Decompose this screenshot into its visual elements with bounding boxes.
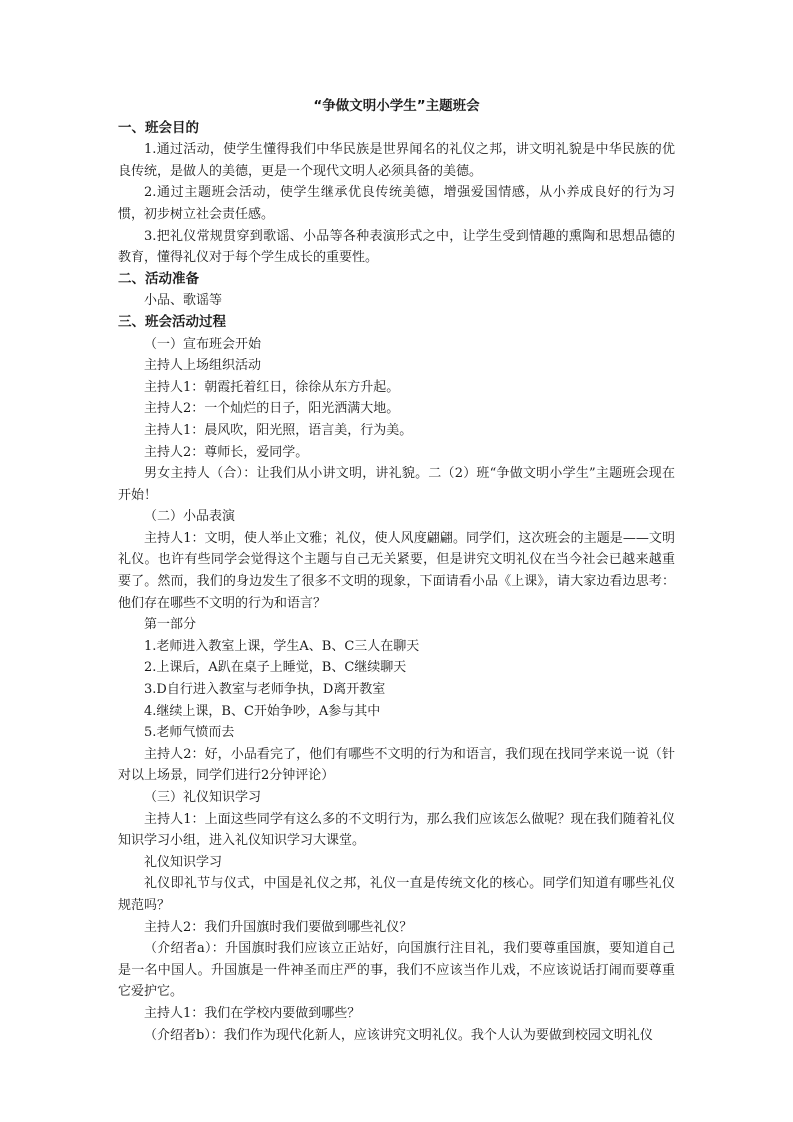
list-item: 5.老师气愤而去 bbox=[118, 722, 675, 744]
dialogue-line: （介绍者b）：我们作为现代化新人，应该讲究文明礼仪。我个人认为要做到校园文明礼仪 bbox=[118, 1025, 675, 1047]
paragraph: 小品、歌谣等 bbox=[118, 290, 675, 312]
document-title: “争做文明小学生”主题班会 bbox=[118, 96, 675, 118]
dialogue-line: 主持人1：文明，使人举止文雅；礼仪，使人风度翩翩。同学们，这次班会的主题是——文… bbox=[118, 528, 675, 614]
document-page: “争做文明小学生”主题班会 一、班会目的 1.通过活动，使学生懂得我们中华民族是… bbox=[118, 96, 675, 1046]
subsection-heading: （二）小品表演 bbox=[118, 506, 675, 528]
dialogue-line: 主持人1：上面这些同学有这么多的不文明行为，那么我们应该怎么做呢？现在我们随着礼… bbox=[118, 809, 675, 852]
dialogue-line: 主持人2：尊师长，爱同学。 bbox=[118, 442, 675, 464]
dialogue-line: 主持人2：我们升国旗时我们要做到哪些礼仪？ bbox=[118, 917, 675, 939]
paragraph: 第一部分 bbox=[118, 614, 675, 636]
dialogue-line: 主持人1：朝霞托着红日，徐徐从东方升起。 bbox=[118, 377, 675, 399]
subsection-heading: （三）礼仪知识学习 bbox=[118, 787, 675, 809]
dialogue-line: 主持人1：我们在学校内要做到哪些？ bbox=[118, 1003, 675, 1025]
section-heading: 一、班会目的 bbox=[118, 118, 675, 140]
dialogue-line: 主持人2：好，小品看完了，他们有哪些不文明的行为和语言，我们现在找同学来说一说（… bbox=[118, 744, 675, 787]
list-item: 3.D自行进入教室与老师争执，D离开教室 bbox=[118, 679, 675, 701]
section-purpose: 一、班会目的 1.通过活动，使学生懂得我们中华民族是世界闻名的礼仪之邦，讲文明礼… bbox=[118, 118, 675, 269]
paragraph: 3.把礼仪常规贯穿到歌谣、小品等各种表演形式之中，让学生受到情趣的熏陶和思想品德… bbox=[118, 226, 675, 269]
list-item: 2.上课后，A趴在桌子上睡觉，B、C继续聊天 bbox=[118, 657, 675, 679]
paragraph: 主持人上场组织活动 bbox=[118, 355, 675, 377]
dialogue-line: 主持人1：晨风吹，阳光照，语言美，行为美。 bbox=[118, 420, 675, 442]
paragraph: 1.通过活动，使学生懂得我们中华民族是世界闻名的礼仪之邦，讲文明礼貌是中华民族的… bbox=[118, 139, 675, 182]
dialogue-line: （介绍者a）：升国旗时我们应该立正站好，向国旗行注目礼，我们要尊重国旗，要知道自… bbox=[118, 938, 675, 1003]
paragraph: 礼仪即礼节与仪式，中国是礼仪之邦，礼仪一直是传统文化的核心。同学们知道有哪些礼仪… bbox=[118, 873, 675, 916]
section-heading: 二、活动准备 bbox=[118, 269, 675, 291]
section-preparation: 二、活动准备 小品、歌谣等 bbox=[118, 269, 675, 312]
dialogue-line: 主持人2：一个灿烂的日子，阳光洒满大地。 bbox=[118, 398, 675, 420]
paragraph: 2.通过主题班会活动，使学生继承优良传统美德，增强爱国情感，从小养成良好的行为习… bbox=[118, 182, 675, 225]
section-process: 三、班会活动过程 （一）宣布班会开始 主持人上场组织活动 主持人1：朝霞托着红日… bbox=[118, 312, 675, 1046]
paragraph: 礼仪知识学习 bbox=[118, 852, 675, 874]
section-heading: 三、班会活动过程 bbox=[118, 312, 675, 334]
list-item: 1.老师进入教室上课，学生A、B、C三人在聊天 bbox=[118, 636, 675, 658]
dialogue-line: 男女主持人（合）：让我们从小讲文明，讲礼貌。二（2）班“争做文明小学生”主题班会… bbox=[118, 463, 675, 506]
subsection-heading: （一）宣布班会开始 bbox=[118, 334, 675, 356]
list-item: 4.继续上课，B、C开始争吵，A参与其中 bbox=[118, 701, 675, 723]
